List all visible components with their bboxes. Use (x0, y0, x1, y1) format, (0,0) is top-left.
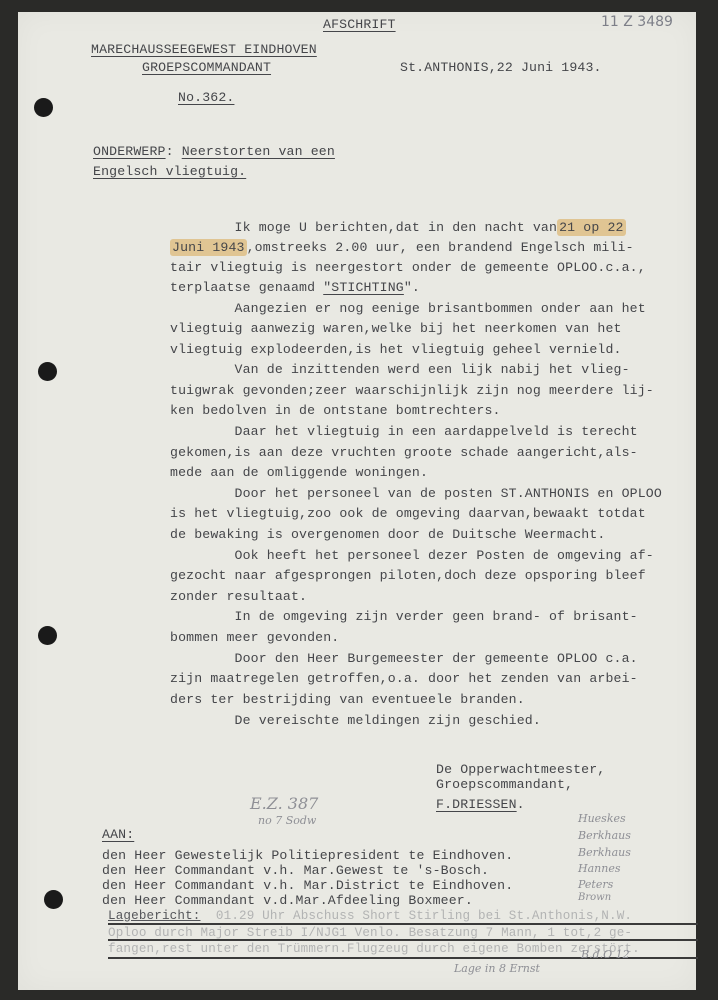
body-line: gekomen,is aan deze vruchten groote scha… (170, 445, 638, 461)
body-line: mede aan de omliggende woningen. (170, 465, 428, 481)
body-line: zijn maatregelen getroffen,o.a. door het… (170, 671, 638, 687)
recipient-item: den Heer Gewestelijk Politiepresident te… (102, 848, 513, 864)
handwritten-initial: B.d.O 12 (581, 948, 630, 961)
signature-name: F.DRIESSEN. (436, 797, 525, 813)
subject-label: ONDERWERP (93, 144, 166, 159)
recipients-label: AAN: (102, 827, 134, 843)
handwritten-note: Lage in 8 Ernst (454, 962, 540, 975)
body-line: Ik moge U berichten,dat in den nacht van… (170, 220, 626, 236)
body-line: is het vliegtuig,zoo ook de omgeving daa… (170, 506, 646, 522)
handwritten-reference: E.Z. 387 (250, 794, 318, 813)
document-number: No.362. (178, 90, 234, 106)
punch-hole (38, 626, 57, 645)
body-line: gezocht naar afgesprongen piloten,doch d… (170, 568, 646, 584)
subject-line-1: Neerstorten van een (182, 144, 335, 159)
body-line: terplaatse genaamd "STICHTING". (170, 280, 420, 296)
body-line: de bewaking is overgenomen door de Duits… (170, 527, 605, 543)
strike-line (108, 939, 698, 941)
body-line: Daar het vliegtuig in een aardappelveld … (170, 424, 638, 440)
body-line: De vereischte meldingen zijn geschied. (170, 713, 541, 729)
highlighted-date: Juni 1943 (170, 239, 247, 256)
punch-hole (34, 98, 53, 117)
unit-name: GROEPSCOMMANDANT (142, 60, 271, 76)
organization-name: MARECHAUSSEEGEWEST EINDHOVEN (91, 42, 317, 58)
place-date: St.ANTHONIS,22 Juni 1943. (400, 60, 602, 76)
body-line: ken bedolven in de ontstane bomtrechters… (170, 403, 501, 419)
recipient-item: den Heer Commandant v.d.Mar.Afdeeling Bo… (102, 893, 473, 909)
recipient-item: den Heer Commandant v.h. Mar.Gewest te '… (102, 863, 489, 879)
recipient-item: den Heer Commandant v.h. Mar.District te… (102, 878, 513, 894)
signature-rank: De Opperwachtmeester, (436, 762, 605, 778)
body-line: Juni 1943,omstreeks 2.00 uur, een brande… (170, 240, 634, 256)
body-line: vliegtuig aanwezig waren,welke bij het n… (170, 321, 622, 337)
body-line: Door het personeel van de posten ST.ANTH… (170, 486, 662, 502)
body-line: Ook heeft het personeel dezer Posten de … (170, 548, 654, 564)
archive-number: 11 Z 3489 (601, 14, 673, 30)
highlighted-date: 21 op 22 (557, 219, 626, 236)
location-name: "STICHTING (323, 280, 404, 295)
punch-hole (44, 890, 63, 909)
document-page: AFSCHRIFT 11 Z 3489 MARECHAUSSEEGEWEST E… (18, 12, 696, 990)
body-line: vliegtuig explodeerden,is het vliegtuig … (170, 342, 622, 358)
signature-title: Groepscommandant, (436, 777, 573, 793)
body-line: zonder resultaat. (170, 589, 307, 605)
handwritten-reference-note: no 7 Sodw (258, 814, 316, 827)
subject: ONDERWERP: Neerstorten van een (93, 144, 335, 160)
strike-line (108, 923, 698, 925)
body-line: In de omgeving zijn verder geen brand- o… (170, 609, 638, 625)
body-line: tuigwrak gevonden;zeer waarschijnlijk zi… (170, 383, 654, 399)
subject-line-2: Engelsch vliegtuig. (93, 164, 246, 180)
struck-report-line: Lagebericht:Lagebericht: 01.29 Uhr Absch… (108, 908, 632, 924)
body-line: Aangezien er nog eenige brisantbommen on… (170, 301, 646, 317)
punch-hole (38, 362, 57, 381)
body-line: Van de inzittenden werd een lijk nabij h… (170, 362, 630, 378)
body-line: bommen meer gevonden. (170, 630, 339, 646)
body-line: tair vliegtuig is neergestort onder de g… (170, 260, 646, 276)
body-line: ders ter bestrijding van eventueele bran… (170, 692, 525, 708)
copy-label: AFSCHRIFT (323, 17, 396, 33)
struck-report-line: fangen,rest unter den Trümmern.Flugzeug … (108, 941, 640, 957)
body-line: Door den Heer Burgemeester der gemeente … (170, 651, 638, 667)
